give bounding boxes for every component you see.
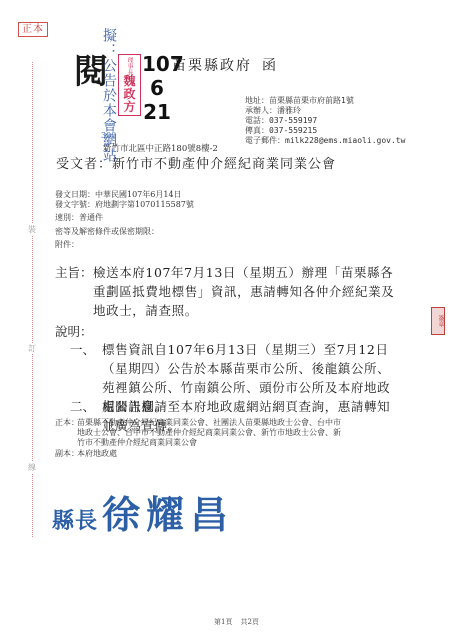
handwritten-date: 107 6 21 <box>142 52 172 124</box>
chairman-seal: 理事長 魏 政 方 <box>118 54 141 116</box>
side-seal-stamp: 簽章 <box>431 307 445 335</box>
subject-label: 主旨： <box>55 263 93 282</box>
item-number: 一、 <box>70 340 95 359</box>
current-page: 第1頁 <box>214 618 232 626</box>
copy-recipients: 副本： 本府地政處 <box>55 449 355 459</box>
binding-mark-xian: 線 <box>27 462 37 473</box>
attachment-line: 附件： <box>55 239 79 250</box>
original-label: 正本： <box>55 418 79 428</box>
item-number: 二、 <box>70 397 95 416</box>
seal-name-char: 方 <box>123 101 135 114</box>
total-pages: 共2頁 <box>240 618 258 626</box>
date-day: 21 <box>142 100 172 124</box>
contact-fax: 傳真：037-559215 <box>245 126 405 136</box>
explanation-label: 說明： <box>55 322 93 340</box>
postal-code: 300 <box>101 131 116 140</box>
issuing-organization: 苗栗縣政府 <box>172 55 252 75</box>
page-number: 第1頁共2頁 <box>214 617 259 627</box>
secrecy-level: 密等及解密條件或保密期限： <box>55 226 159 237</box>
contact-email: 電子郵件：milk228@ems.miaoli.gov.tw <box>245 136 405 146</box>
original-recipients: 正本： 苗栗縣不動產仲介經紀商業同業公會、社團法人苗栗縣地政士公會、台中市地政士… <box>55 418 345 448</box>
binding-mark-ding: 訂 <box>27 343 37 354</box>
subject-section: 主旨： 檢送本府107年7月13日（星期五）辦理「苗栗縣各重劃區抵費地標售」資訊… <box>55 263 395 320</box>
original-recipients-text: 苗栗縣不動產仲介經紀商業同業公會、社團法人苗栗縣地政士公會、台中市地政士公會、台… <box>77 418 345 448</box>
document-type: 函 <box>262 55 276 75</box>
contact-phone: 電話：037-559197 <box>245 116 405 126</box>
document-number: 發文字號：府地劃字第1070115587號 <box>55 199 194 210</box>
contact-info: 地址：苗栗縣苗栗市府前路1號 承辦人：潘雅玲 電話：037-559197 傳真：… <box>245 96 405 146</box>
mayor-signature-stamp: 縣長徐耀昌 <box>52 484 234 539</box>
copy-label: 副本： <box>55 449 79 459</box>
binding-mark-zhuang: 裝 <box>27 224 37 235</box>
contact-handler: 承辦人：潘雅玲 <box>245 106 405 116</box>
signature-title: 縣長 <box>52 509 98 534</box>
seal-title: 理事長 <box>126 57 133 75</box>
delivery-speed: 速別：普通件 <box>55 212 103 223</box>
date-year: 107 <box>142 52 172 76</box>
contact-address: 地址：苗栗縣苗栗市府前路1號 <box>245 96 405 106</box>
subject-text: 檢送本府107年7月13日（星期五）辦理「苗栗縣各重劃區抵費地標售」資訊，惠請轉… <box>93 263 395 320</box>
recipient-line: 受文者：新竹市不動產仲介經紀商業同業公會 <box>56 153 336 172</box>
date-month: 6 <box>142 76 172 100</box>
copy-recipients-text: 本府地政處 <box>77 449 355 459</box>
original-copy-stamp: 正本 <box>18 22 48 37</box>
signature-name: 徐耀昌 <box>102 493 234 537</box>
